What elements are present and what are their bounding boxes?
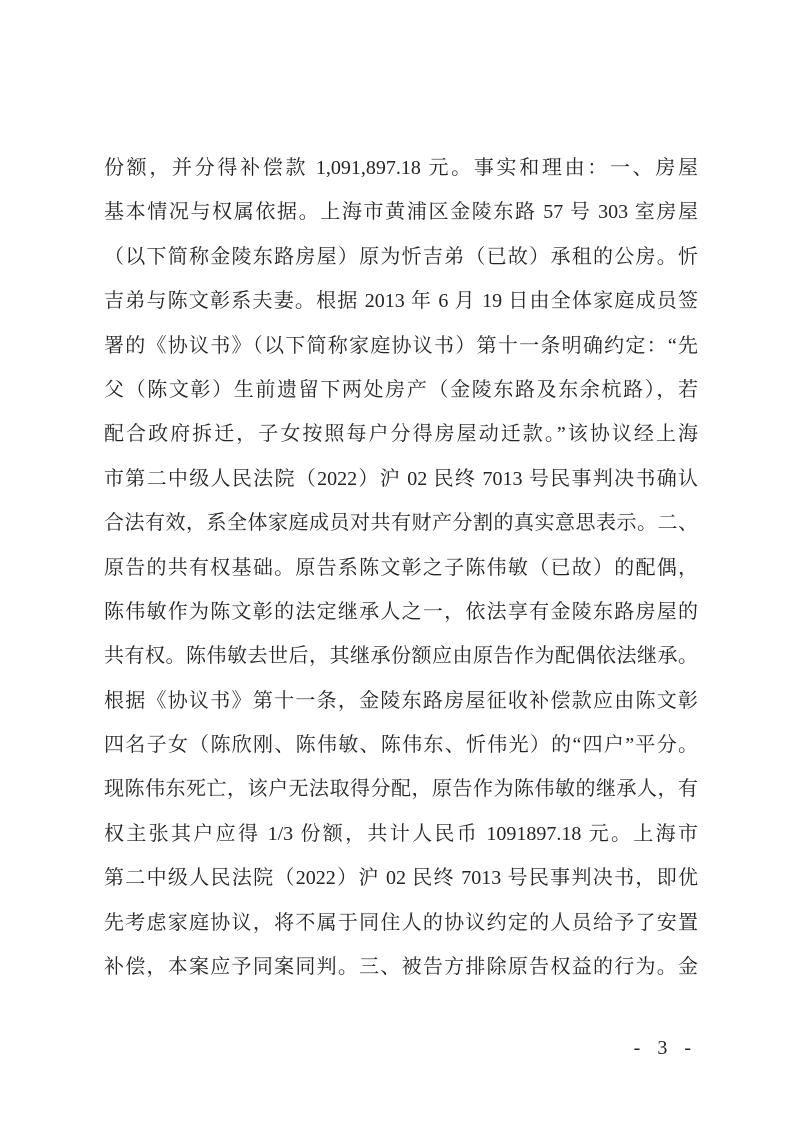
text-line: 份额，并分得补偿款 1,091,897.18 元。事实和理由：一、房屋	[104, 146, 698, 190]
page-number: - 3 -	[634, 1036, 697, 1060]
text-line: 补偿，本案应予同案同判。三、被告方排除原告权益的行为。金	[104, 945, 698, 989]
text-line: 父（陈文彰）生前遗留下两处房产（金陵东路及东余杭路），若	[104, 368, 698, 412]
text-line: 合法有效，系全体家庭成员对共有财产分割的真实意思表示。二、	[104, 501, 698, 545]
text-line: 陈伟敏作为陈文彰的法定继承人之一，依法享有金陵东路房屋的	[104, 590, 698, 634]
text-line: 第二中级人民法院（2022）沪 02 民终 7013 号民事判决书，即优	[104, 856, 698, 900]
text-line: 四名子女（陈欣刚、陈伟敏、陈伟东、忻伟光）的“四户”平分。	[104, 723, 698, 767]
text-line: 共有权。陈伟敏去世后，其继承份额应由原告作为配偶依法继承。	[104, 634, 698, 678]
text-line: 根据《协议书》第十一条，金陵东路房屋征收补偿款应由陈文彰	[104, 679, 698, 723]
text-line: 市第二中级人民法院（2022）沪 02 民终 7013 号民事判决书确认	[104, 457, 698, 501]
text-line: 吉弟与陈文彰系夫妻。根据 2013 年 6 月 19 日由全体家庭成员签	[104, 279, 698, 323]
text-line: 权主张其户应得 1/3 份额，共计人民币 1091897.18 元。上海市	[104, 812, 698, 856]
text-line: 基本情况与权属依据。上海市黄浦区金陵东路 57 号 303 室房屋	[104, 190, 698, 234]
document-page: 份额，并分得补偿款 1,091,897.18 元。事实和理由：一、房屋 基本情况…	[0, 0, 800, 1131]
text-line: 署的《协议书》（以下简称家庭协议书）第十一条明确约定：“先	[104, 324, 698, 368]
text-line: 先考虑家庭协议，将不属于同住人的协议约定的人员给予了安置	[104, 901, 698, 945]
text-line: 原告的共有权基础。原告系陈文彰之子陈伟敏（已故）的配偶，	[104, 546, 698, 590]
text-line: 现陈伟东死亡，该户无法取得分配，原告作为陈伟敏的继承人，有	[104, 767, 698, 811]
text-line: 配合政府拆迁，子女按照每户分得房屋动迁款。”该协议经上海	[104, 412, 698, 456]
document-body: 份额，并分得补偿款 1,091,897.18 元。事实和理由：一、房屋 基本情况…	[104, 146, 698, 989]
text-line: （以下简称金陵东路房屋）原为忻吉弟（已故）承租的公房。忻	[104, 235, 698, 279]
